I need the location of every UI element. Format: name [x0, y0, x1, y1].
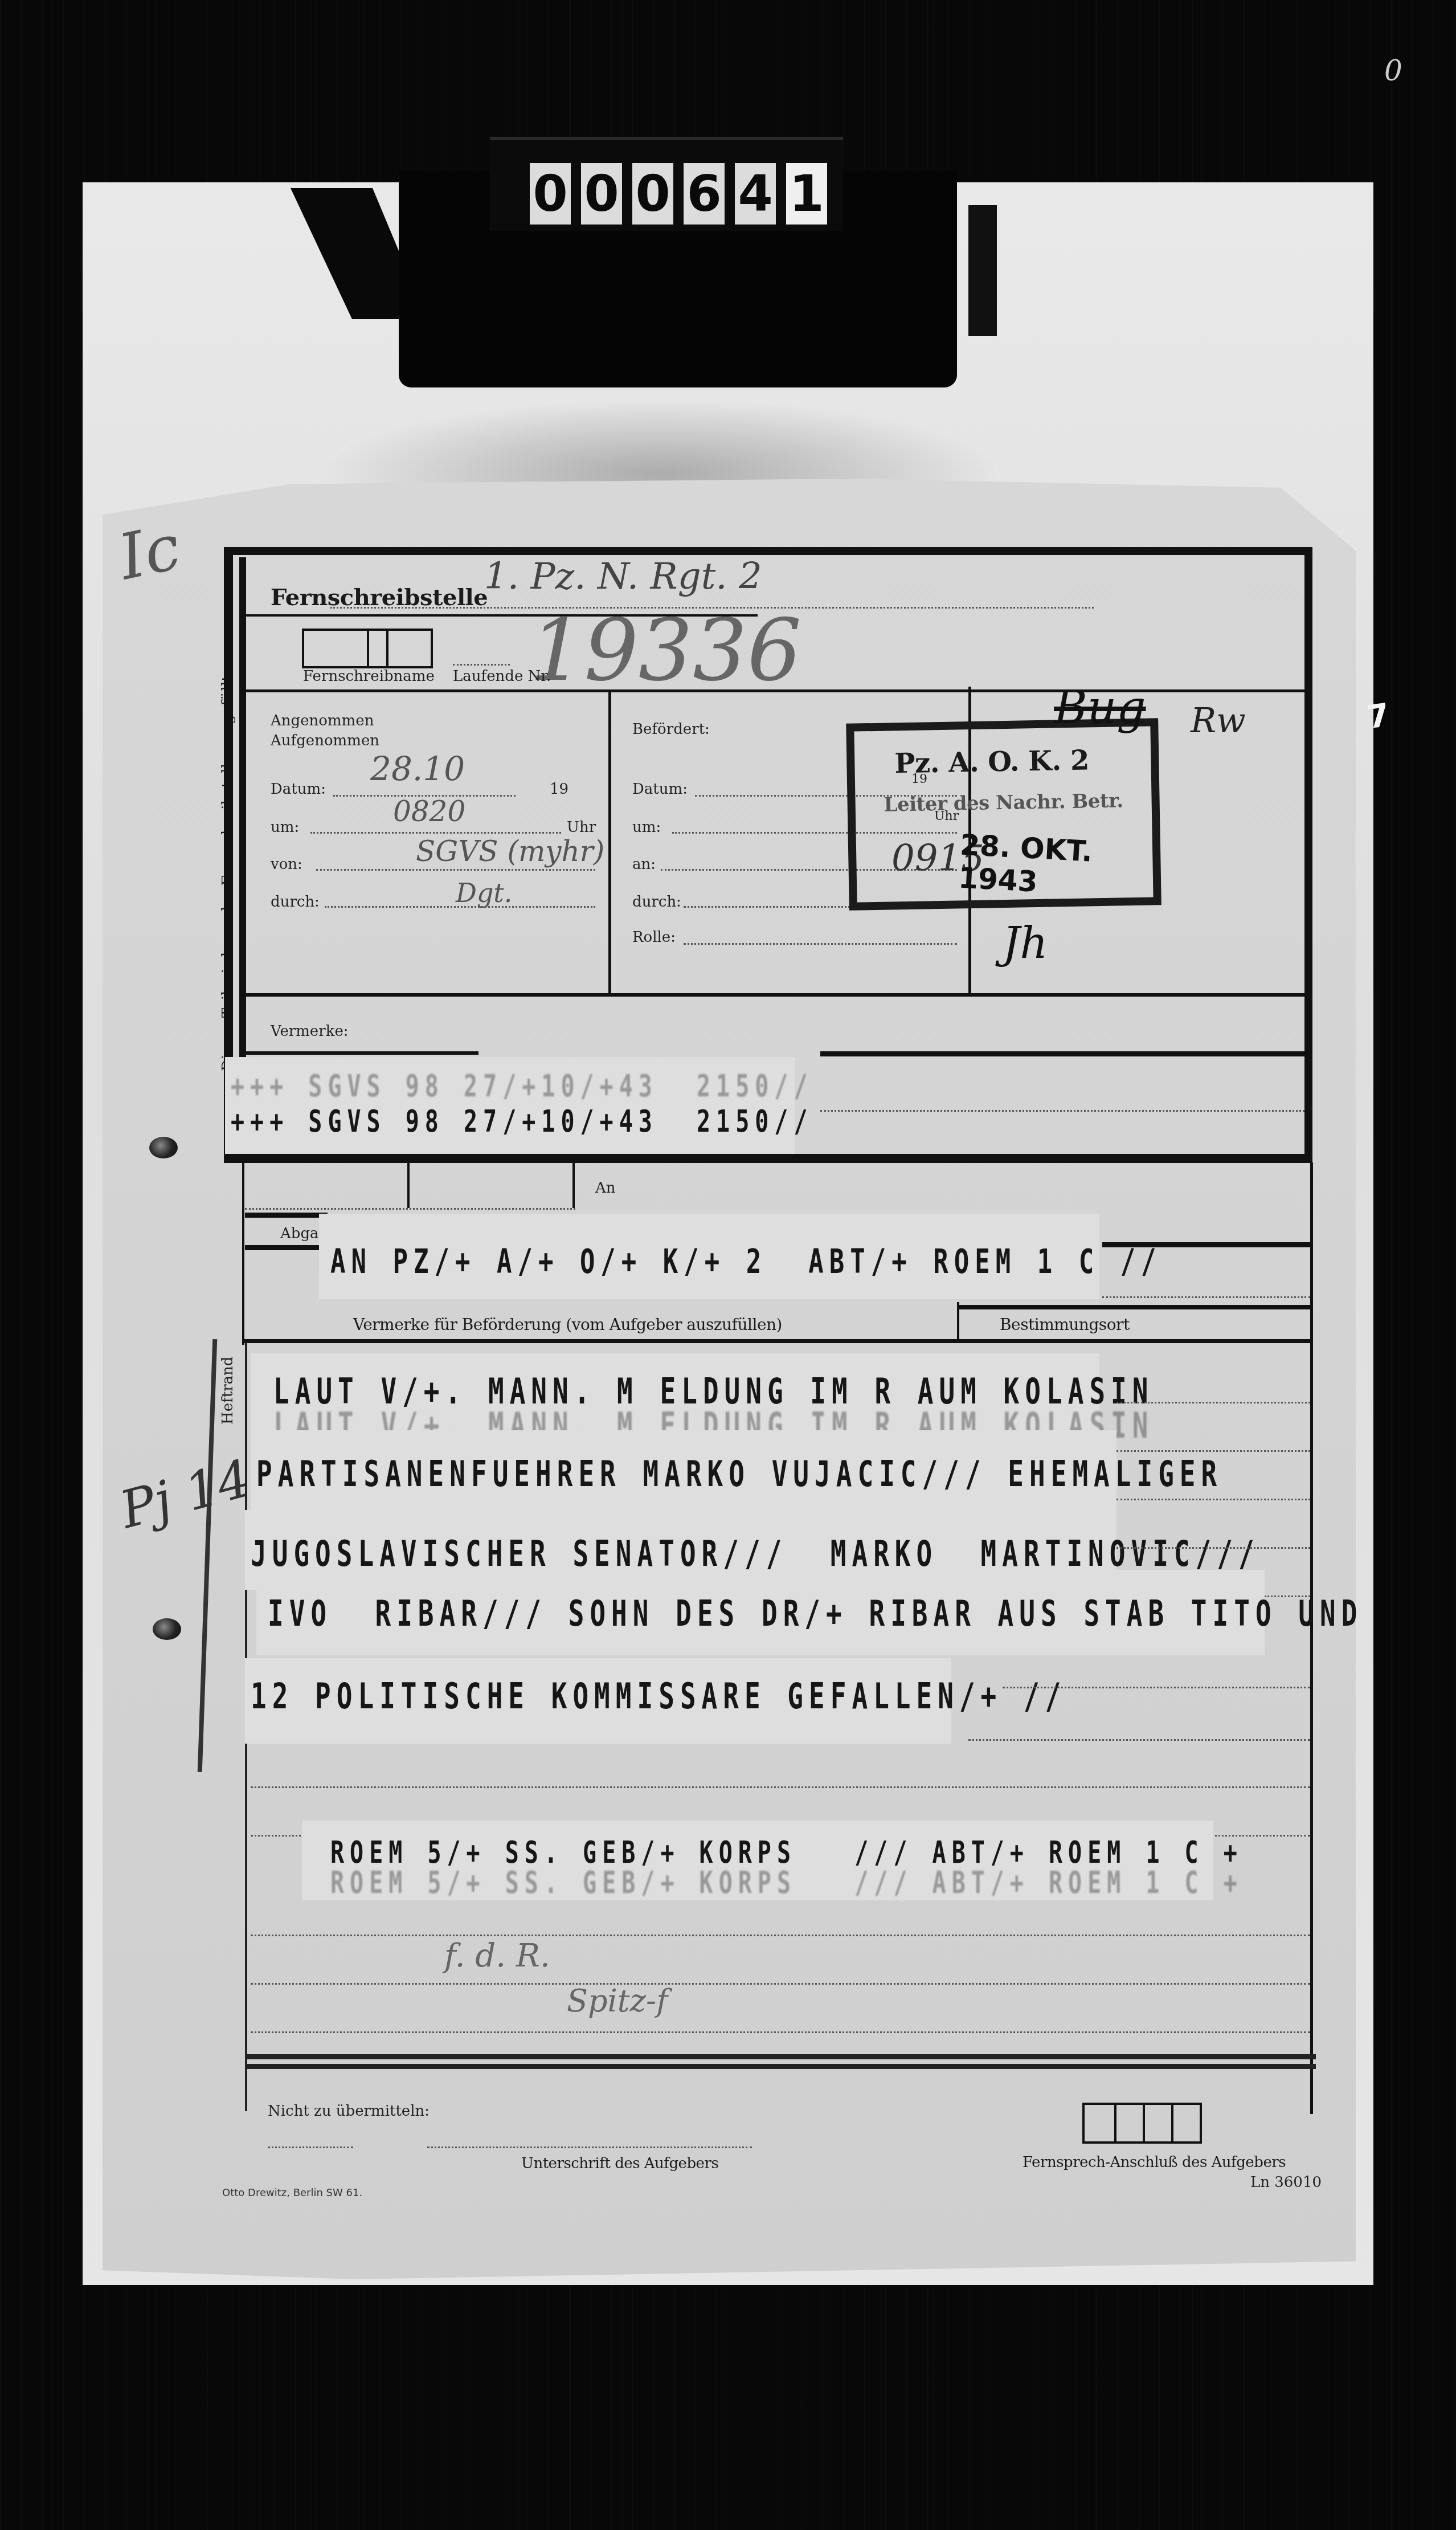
received-by-value[interactable]: Dgt.	[456, 878, 512, 908]
frame-counter: 0 0 0 6 4 1	[490, 137, 843, 231]
tape-text-ghost: +++ SGVS 98 27/+10/+43 2150//	[231, 1068, 813, 1104]
address-tape-text: AN PZ/+ A/+ O/+ K/+ 2 ABT/+ ROEM 1 C //	[330, 1242, 1162, 1282]
code-box[interactable]	[302, 629, 369, 668]
received-time-suffix: Uhr	[567, 819, 596, 836]
signature-tape-ghost: ROEM 5/+ SS. GEB/+ KORPS /// ABT/+ ROEM …	[330, 1865, 1243, 1900]
side-note-heftrand: Heftrand	[219, 1357, 236, 1425]
body-dotted-line	[251, 1935, 1310, 1936]
column-divider	[608, 692, 611, 994]
counter-digit: 0	[530, 163, 571, 225]
tape-strip: PARTISANENFUEHRER MARKO VUJACIC/// EHEMA…	[251, 1430, 1116, 1510]
form-number: Ln 36010	[1250, 2174, 1322, 2191]
remarks-label: Vermerke:	[271, 1023, 349, 1040]
phone-label: Fernsprech-Anschluß des Aufgebers	[1023, 2154, 1286, 2171]
phone-box[interactable]	[1082, 2103, 1116, 2144]
address-rule	[245, 1245, 328, 1250]
forwarded-by-label: durch:	[632, 893, 681, 911]
tape-strip: LAUT V/+. MANN. M ELDUNG IM R AUM KOLASI…	[251, 1353, 1099, 1439]
stamp-office: Leiter des Nachr. Betr.	[884, 789, 1123, 816]
address-dotted-line	[245, 1208, 575, 1210]
header-tape-text: +++ SGVS 98 27/+10/+43 2150//	[231, 1104, 813, 1139]
counter-digit: 0	[632, 163, 673, 225]
section-rule	[245, 993, 1306, 997]
address-rule	[1102, 1242, 1310, 1247]
remarks-rule	[820, 1051, 1304, 1056]
phone-box[interactable]	[1114, 2103, 1145, 2144]
received-date-label: Datum:	[271, 781, 326, 798]
sent-label: Abga	[280, 1225, 319, 1242]
initials-struck: Bug	[1054, 681, 1146, 734]
signature-label: Unterschrift des Aufgebers	[521, 2155, 718, 2172]
tape-strip: ROEM 5/+ SS. GEB/+ KORPS /// ABT/+ ROEM …	[302, 1821, 1213, 1900]
received-date-value[interactable]: 28.10	[370, 749, 465, 788]
frame-right-rule	[1304, 547, 1312, 1162]
body-dotted-line	[1265, 1595, 1310, 1597]
stamp-unit: Pz. A. O. K. 2	[894, 744, 1089, 780]
body-dotted-line	[1116, 1450, 1310, 1452]
message-line: 12 POLITISCHE KOMMISSARE GEFALLEN/+ //	[251, 1675, 1066, 1717]
body-dotted-line	[1116, 1499, 1310, 1500]
footer-dotted-line	[268, 2147, 353, 2148]
not-transmit-label: Nicht zu übermitteln:	[268, 2103, 430, 2120]
body-dotted-line	[1116, 1547, 1310, 1549]
signature-dotted-line	[427, 2147, 752, 2148]
tape-strip: IVO RIBAR/// SOHN DES DR/+ RIBAR AUS STA…	[256, 1570, 1265, 1655]
body-dotted-line	[968, 1739, 1310, 1741]
forwarded-label: Befördert:	[632, 721, 710, 738]
code-box[interactable]	[365, 629, 388, 668]
address-divider	[572, 1162, 575, 1208]
address-rule	[245, 1213, 328, 1218]
body-dotted-line	[251, 2031, 1310, 2033]
phone-box[interactable]	[1171, 2103, 1202, 2144]
forwarded-to-label: an:	[632, 856, 656, 873]
frame-right-rule	[1310, 1162, 1313, 2114]
forwarded-roll-label: Rolle:	[632, 929, 676, 946]
body-dotted-line	[1116, 1402, 1310, 1403]
counter-digit: 6	[684, 163, 725, 225]
frame-top-rule	[224, 547, 1312, 555]
forward-notes-label: Vermerke für Beförderung (vom Aufgeber a…	[353, 1315, 782, 1334]
handwritten-fdr: f. d. R.	[444, 1937, 550, 1974]
received-from-line	[316, 869, 595, 871]
punch-hole	[149, 1137, 178, 1158]
address-dotted-line	[1102, 1296, 1310, 1298]
counter-side-bar	[968, 205, 997, 336]
tape-strip: +++ SGVS 98 27/+10/+43 2150// +++ SGVS 9…	[225, 1057, 795, 1154]
footer-rule	[245, 2064, 1316, 2069]
tape-strip: AN PZ/+ A/+ O/+ K/+ 2 ABT/+ ROEM 1 C //	[319, 1214, 1099, 1299]
address-divider	[407, 1162, 410, 1208]
received-label: Angenommen	[271, 712, 374, 729]
body-dotted-line	[1003, 1687, 1310, 1688]
received-time-line	[310, 832, 561, 834]
stamp-date: 28. OKT. 1943	[958, 829, 1155, 905]
received-by-label: durch:	[271, 893, 320, 911]
edge-mark: 0	[1384, 54, 1402, 87]
body-dotted-line	[251, 1983, 1310, 1985]
received-from-value[interactable]: SGVS (myhr)	[416, 835, 604, 868]
tape-dotted-line	[820, 1110, 1304, 1112]
remarks-rule	[239, 1051, 478, 1055]
forwarded-roll-line	[684, 943, 957, 945]
frame-bottom-rule	[224, 1154, 1312, 1163]
body-dotted-line	[251, 1786, 1310, 1788]
initials-top-right: Rw	[1191, 701, 1246, 741]
received-year-prefix: 19	[550, 781, 569, 798]
receipt-stamp: Pz. A. O. K. 2 Leiter des Nachr. Betr. 2…	[846, 718, 1161, 911]
phone-box[interactable]	[1143, 2103, 1173, 2144]
serial-dotted-line	[453, 664, 510, 666]
printer-imprint: Otto Drewitz, Berlin SW 61.	[222, 2187, 362, 2199]
recorded-label: Aufgenommen	[271, 732, 379, 749]
forwarded-date-label: Datum:	[632, 781, 688, 798]
tape-strip: 12 POLITISCHE KOMMISSARE GEFALLEN/+ //	[245, 1658, 951, 1744]
message-line: JUGOSLAVISCHER SENATOR/// MARKO MARTINOV…	[251, 1533, 1260, 1574]
code-box[interactable]	[386, 629, 433, 668]
address-rule	[957, 1305, 1310, 1309]
counter-digit: 4	[735, 163, 776, 225]
received-time-value[interactable]: 0820	[393, 795, 465, 828]
section-rule	[245, 689, 1306, 692]
handwritten-unit: 1. Pz. N. Rgt. 2	[484, 556, 762, 598]
code-name-label: Fernschreibname	[303, 668, 435, 685]
address-bottom-rule	[242, 1339, 1313, 1343]
handwritten-serial: 19336	[530, 601, 801, 700]
footer-rule	[245, 2054, 1316, 2059]
to-label: An	[595, 1180, 616, 1197]
counter-digit: 1	[786, 163, 827, 225]
received-from-label: von:	[271, 856, 302, 873]
address-divider	[957, 1302, 959, 1339]
message-line: PARTISANENFUEHRER MARKO VUJACIC/// EHEMA…	[256, 1453, 1222, 1495]
message-line: IVO RIBAR/// SOHN DES DR/+ RIBAR AUS STA…	[268, 1593, 1363, 1634]
initials-under-stamp: Jh	[1003, 917, 1048, 968]
handwritten-signature: Spitz-f	[567, 1983, 668, 2019]
received-time-label: um:	[271, 819, 299, 836]
forwarded-time-label: um:	[632, 819, 661, 836]
counter-digit: 0	[581, 163, 622, 225]
destination-label: Bestimmungsort	[1000, 1315, 1130, 1334]
frame-left-rule	[242, 1162, 244, 1345]
serial-label: Laufende Nr.	[453, 668, 551, 685]
punch-hole	[153, 1618, 181, 1640]
